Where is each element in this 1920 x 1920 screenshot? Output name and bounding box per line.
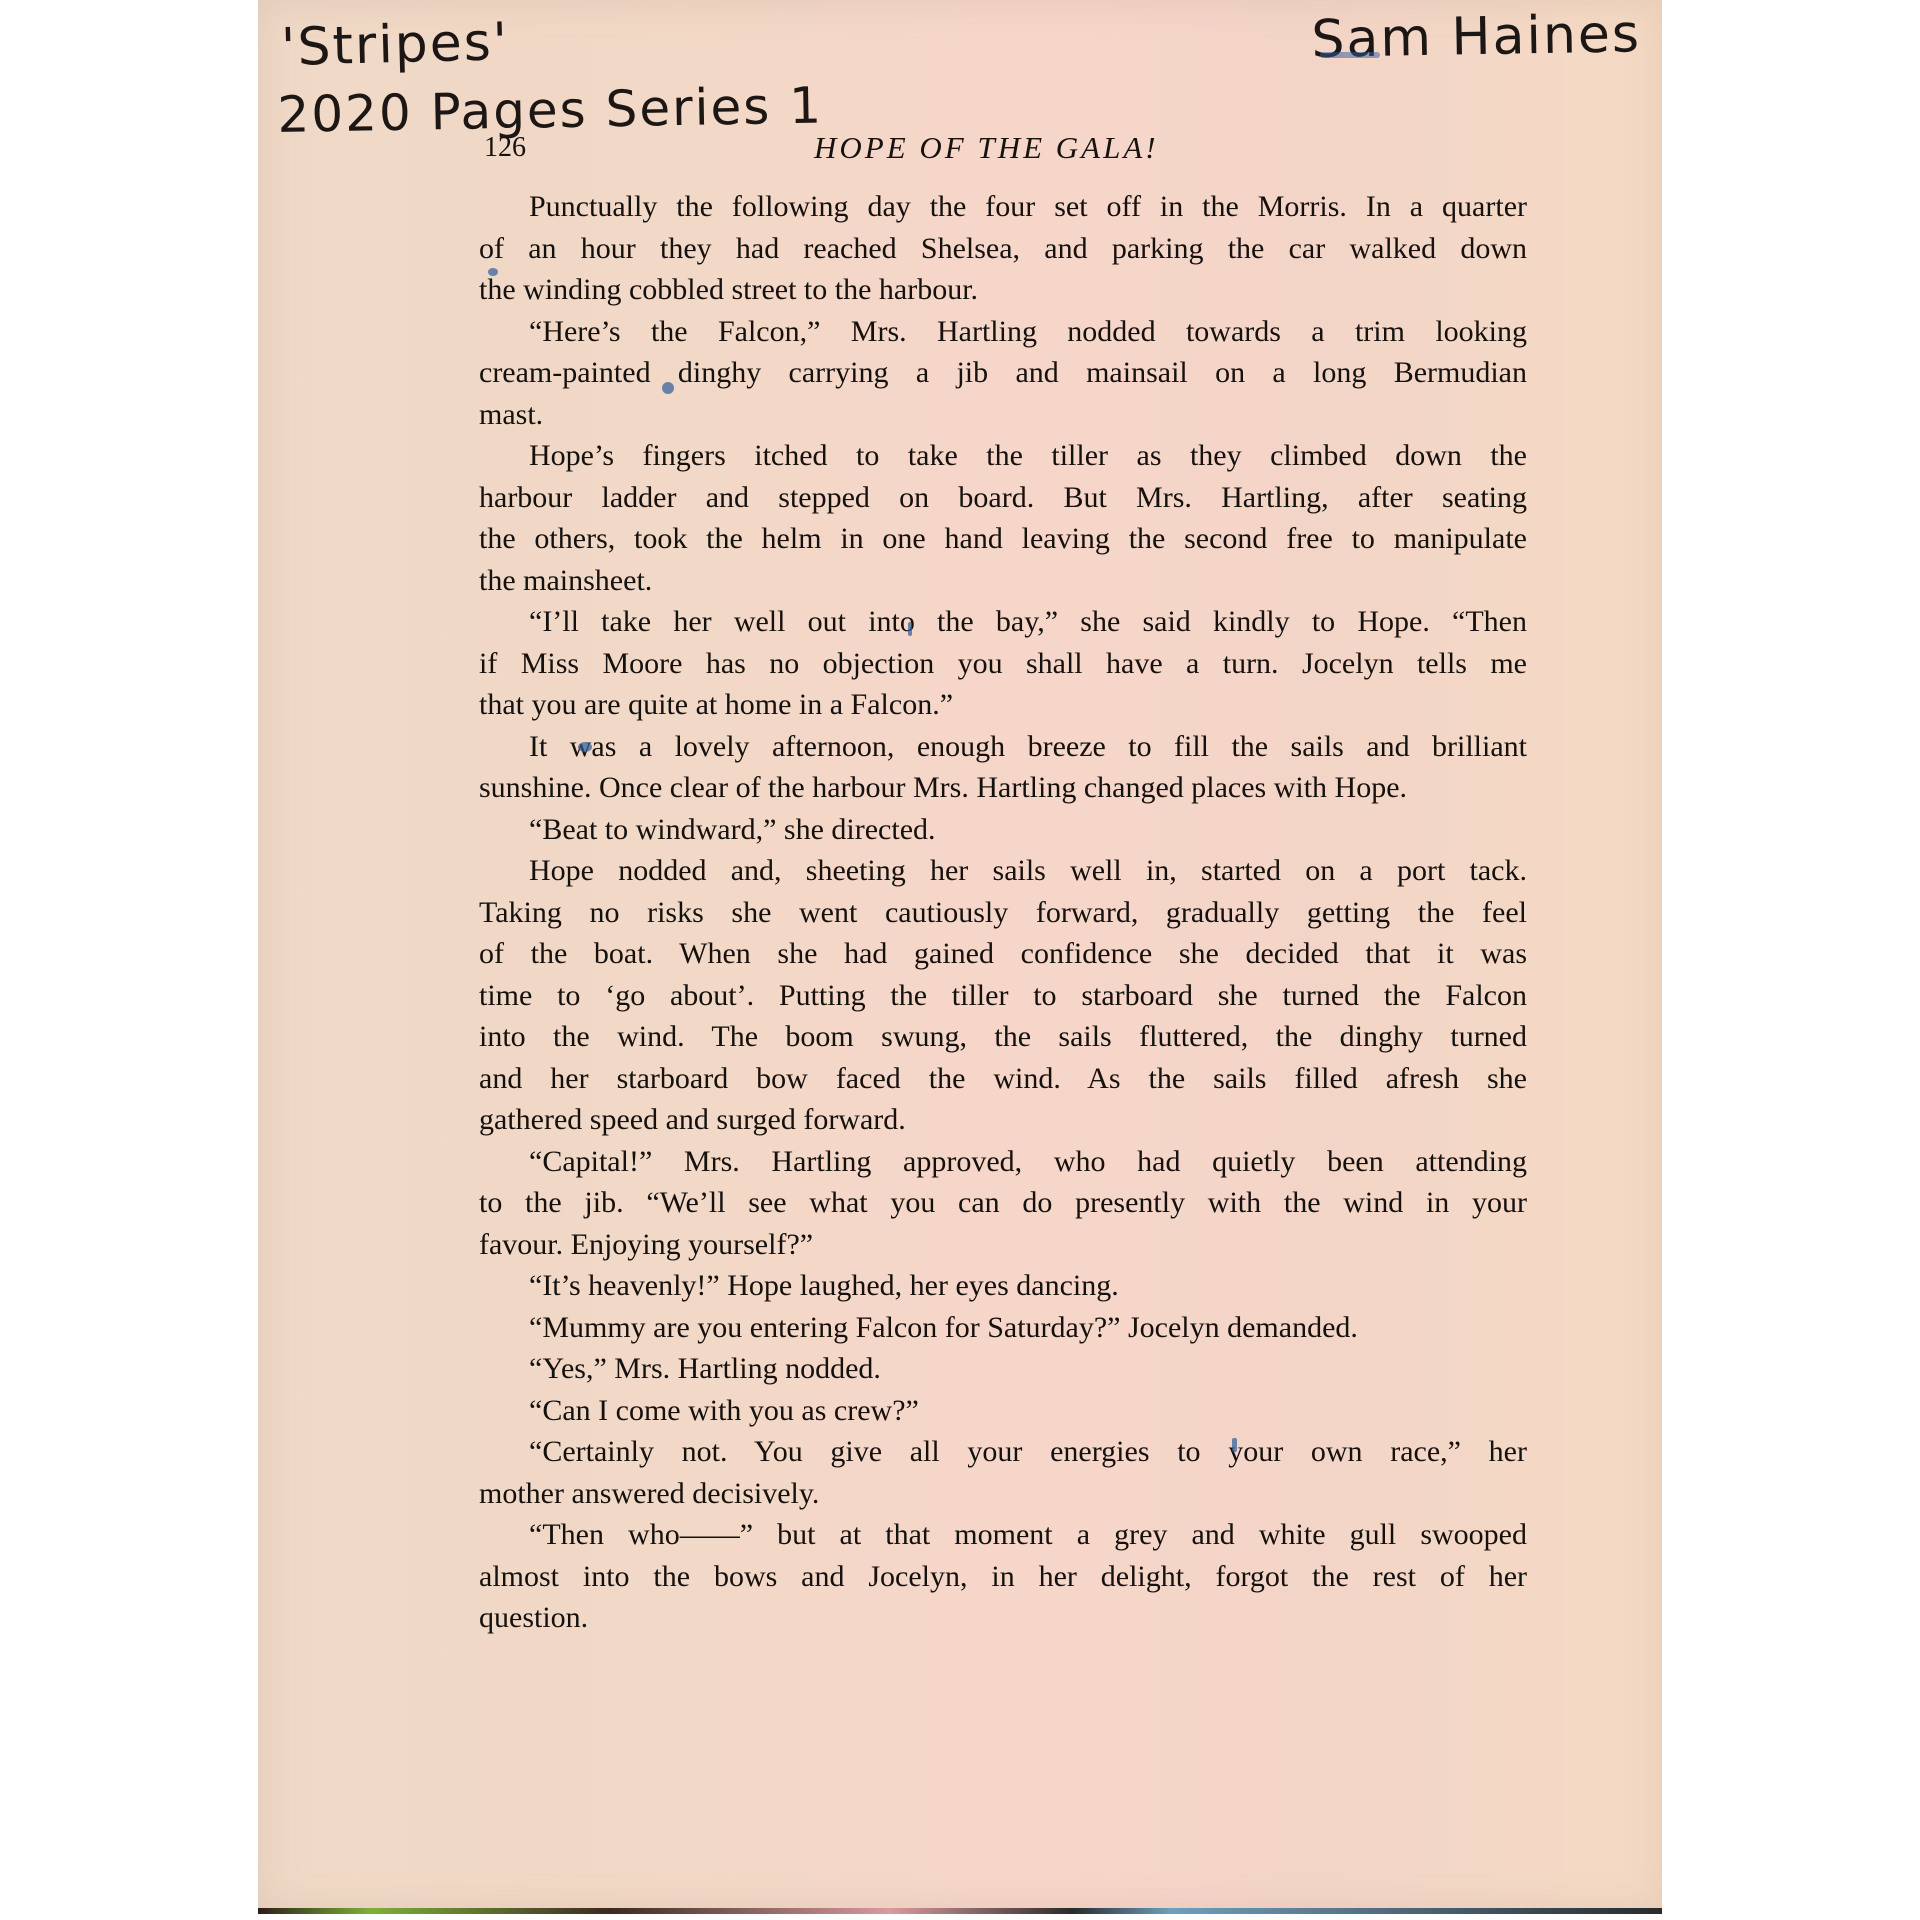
- ink-speck: [662, 382, 674, 394]
- text-line: “Mummy are you entering Falcon for Satur…: [479, 1307, 1527, 1349]
- chapter-title: HOPE OF THE GALA!: [814, 130, 1159, 166]
- text-line: of an hour they had reached Shelsea, and…: [479, 228, 1527, 270]
- text-line: sunshine. Once clear of the harbour Mrs.…: [479, 767, 1527, 809]
- paragraph: It was a lovely afternoon, enough breeze…: [479, 726, 1527, 809]
- paragraph: “Can I come with you as crew?”: [479, 1390, 1527, 1432]
- ink-speck: [1320, 52, 1380, 58]
- text-line: Hope’s fingers itched to take the tiller…: [479, 435, 1527, 477]
- paragraph: “Capital!” Mrs. Hartling approved, who h…: [479, 1141, 1527, 1266]
- text-line: the winding cobbled street to the harbou…: [479, 269, 1527, 311]
- text-line: if Miss Moore has no objection you shall…: [479, 643, 1527, 685]
- page-bottom-edge: [258, 1908, 1662, 1914]
- text-line: “I’ll take her well out into the bay,” s…: [479, 601, 1527, 643]
- text-line: to the jib. “We’ll see what you can do p…: [479, 1182, 1527, 1224]
- ink-speck: [1232, 1438, 1237, 1452]
- paragraph: “I’ll take her well out into the bay,” s…: [479, 601, 1527, 726]
- text-line: the others, took the helm in one hand le…: [479, 518, 1527, 560]
- text-line: Taking no risks she went cautiously forw…: [479, 892, 1527, 934]
- paragraph: Hope’s fingers itched to take the tiller…: [479, 435, 1527, 601]
- handwritten-artist-name: Sam Haines: [1311, 4, 1642, 70]
- text-line: gathered speed and surged forward.: [479, 1099, 1527, 1141]
- text-line: mother answered decisively.: [479, 1473, 1527, 1515]
- text-line: into the wind. The boom swung, the sails…: [479, 1016, 1527, 1058]
- text-line: It was a lovely afternoon, enough breeze…: [479, 726, 1527, 768]
- text-line: harbour ladder and stepped on board. But…: [479, 477, 1527, 519]
- paragraph: Hope nodded and, sheeting her sails well…: [479, 850, 1527, 1141]
- paragraph: “Then who——” but at that moment a grey a…: [479, 1514, 1527, 1639]
- paragraph: “Yes,” Mrs. Hartling nodded.: [479, 1348, 1527, 1390]
- text-line: “Certainly not. You give all your energi…: [479, 1431, 1527, 1473]
- paragraph: “It’s heavenly!” Hope laughed, her eyes …: [479, 1265, 1527, 1307]
- paragraph: “Here’s the Falcon,” Mrs. Hartling nodde…: [479, 311, 1527, 436]
- page-number: 126: [484, 132, 526, 164]
- text-line: almost into the bows and Jocelyn, in her…: [479, 1556, 1527, 1598]
- text-line: that you are quite at home in a Falcon.”: [479, 684, 1527, 726]
- text-line: and her starboard bow faced the wind. As…: [479, 1058, 1527, 1100]
- text-line: “Beat to windward,” she directed.: [479, 809, 1527, 851]
- running-head: 126 HOPE OF THE GALA!: [479, 128, 1527, 168]
- paragraph: “Beat to windward,” she directed.: [479, 809, 1527, 851]
- ink-speck: [578, 742, 592, 752]
- body-text: Punctually the following day the four se…: [479, 186, 1527, 1639]
- text-line: “Then who——” but at that moment a grey a…: [479, 1514, 1527, 1556]
- text-line: Punctually the following day the four se…: [479, 186, 1527, 228]
- text-line: favour. Enjoying yourself?”: [479, 1224, 1527, 1266]
- text-line: time to ‘go about’. Putting the tiller t…: [479, 975, 1527, 1017]
- text-line: mast.: [479, 394, 1527, 436]
- text-line: question.: [479, 1597, 1527, 1639]
- text-line: “Capital!” Mrs. Hartling approved, who h…: [479, 1141, 1527, 1183]
- text-line: Hope nodded and, sheeting her sails well…: [479, 850, 1527, 892]
- paragraph: Punctually the following day the four se…: [479, 186, 1527, 311]
- text-line: of the boat. When she had gained confide…: [479, 933, 1527, 975]
- text-line: “Here’s the Falcon,” Mrs. Hartling nodde…: [479, 311, 1527, 353]
- text-line: “It’s heavenly!” Hope laughed, her eyes …: [479, 1265, 1527, 1307]
- paragraph: “Mummy are you entering Falcon for Satur…: [479, 1307, 1527, 1349]
- handwritten-title: 'Stripes': [280, 12, 509, 78]
- text-line: the mainsheet.: [479, 560, 1527, 602]
- text-line: “Can I come with you as crew?”: [479, 1390, 1527, 1432]
- paragraph: “Certainly not. You give all your energi…: [479, 1431, 1527, 1514]
- ink-speck: [908, 622, 912, 636]
- text-line: cream-painted dinghy carrying a jib and …: [479, 352, 1527, 394]
- text-line: “Yes,” Mrs. Hartling nodded.: [479, 1348, 1527, 1390]
- ink-speck: [488, 268, 498, 276]
